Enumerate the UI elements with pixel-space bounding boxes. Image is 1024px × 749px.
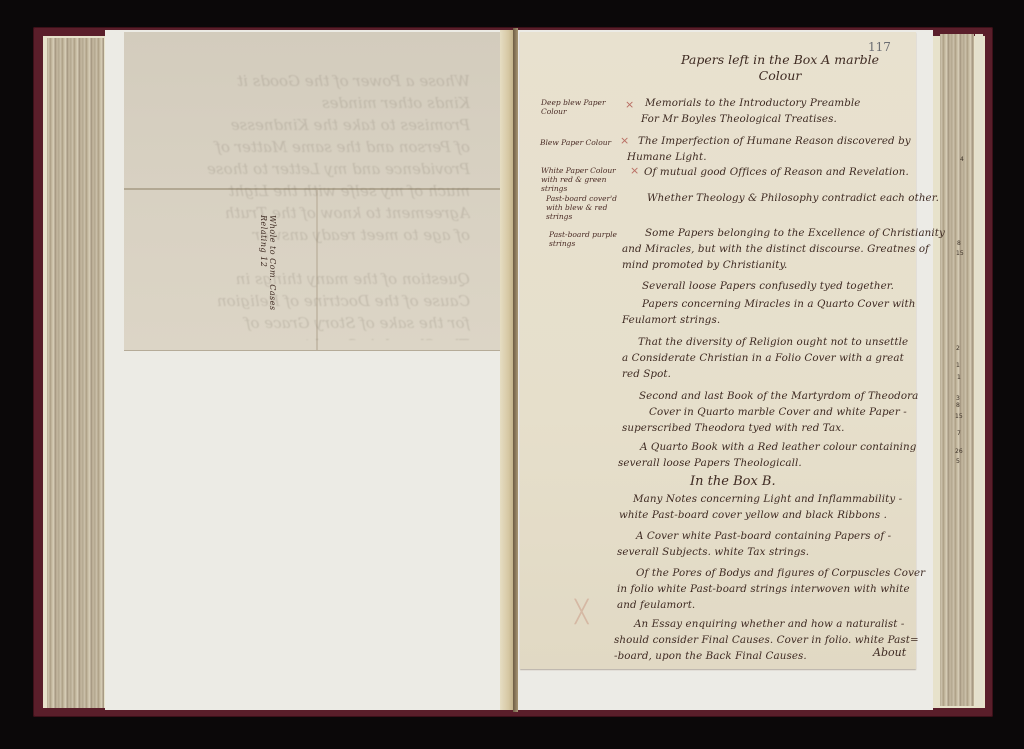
edge-mark: 15 xyxy=(956,250,964,257)
catchword: About xyxy=(873,646,906,659)
entry-line: in folio white Past-board strings interw… xyxy=(617,582,910,598)
entry-line: severall loose Papers Theologicall. xyxy=(618,456,802,472)
edge-mark: 3 xyxy=(956,395,960,402)
entry-line: For Mr Boyles Theological Treatises. xyxy=(641,112,837,128)
entry-line: Severall loose Papers confusedly tyed to… xyxy=(642,279,894,295)
fore-edge-left xyxy=(47,38,104,708)
edge-mark: 2 xyxy=(956,345,960,352)
entry-line: Cover in Quarto marble Cover and white P… xyxy=(649,405,907,421)
entry-line: A Cover white Past-board containing Pape… xyxy=(636,529,891,545)
entry-line: red Spot. xyxy=(622,367,671,383)
faint-x-mark-icon: ╳ xyxy=(575,600,588,625)
entry-line: Humane Light. xyxy=(627,150,707,166)
entry-line: Whether Theology & Philosophy contradict… xyxy=(647,191,939,207)
gutter-stub xyxy=(500,30,514,710)
entry-line: Of mutual good Offices of Reason and Rev… xyxy=(644,165,909,181)
edge-mark: 8 xyxy=(956,402,960,409)
subheading-box-b: In the Box B. xyxy=(690,474,776,489)
x-mark-icon: × xyxy=(625,98,634,111)
entry-line: severall Subjects. white Tax strings. xyxy=(617,545,809,561)
entry-line: An Essay enquiring whether and how a nat… xyxy=(634,617,904,633)
entry-line: and feulamort. xyxy=(617,598,695,614)
margin-note: Blew Paper Colour xyxy=(540,138,630,147)
entry-line: white Past-board cover yellow and black … xyxy=(619,508,887,524)
edge-mark: 5 xyxy=(956,458,960,465)
fore-edge-right xyxy=(940,34,974,706)
edge-mark: 8 xyxy=(957,240,961,247)
entry-line: The Imperfection of Humane Reason discov… xyxy=(638,134,911,150)
edge-mark: 15 xyxy=(955,413,963,420)
entry-line: Many Notes concerning Light and Inflamma… xyxy=(633,492,902,508)
x-mark-icon: × xyxy=(620,134,629,147)
x-mark-icon: × xyxy=(630,164,639,177)
margin-note: Deep blew Paper Colour xyxy=(541,98,619,116)
edge-mark: 26 xyxy=(955,448,963,455)
entry-line: Of the Pores of Bodys and figures of Cor… xyxy=(636,566,925,582)
margin-note: Past-board cover'd with blew & red strin… xyxy=(546,194,632,221)
margin-note: White Paper Colour with red & green stri… xyxy=(541,166,629,193)
entry-line: Some Papers belonging to the Excellence … xyxy=(645,226,945,242)
entry-line: A Quarto Book with a Red leather colour … xyxy=(640,440,916,456)
entry-line: Papers concerning Miracles in a Quarto C… xyxy=(642,297,916,313)
entry-line: Feulamort strings. xyxy=(622,313,720,329)
endpaper-strip-right xyxy=(975,34,983,706)
edge-mark: 1 xyxy=(957,374,961,381)
page-heading: Papers left in the Box A marble Colour xyxy=(660,52,900,84)
bleed-through-text: Whose a Power of the Goods it Kinds othe… xyxy=(150,70,470,340)
entry-line: Second and last Book of the Martyrdom of… xyxy=(639,389,918,405)
entry-line: -board, upon the Back Final Causes. xyxy=(614,649,807,665)
edge-mark: 4 xyxy=(960,156,964,163)
entry-line: a Considerate Christian in a Folio Cover… xyxy=(622,351,904,367)
vertical-docket-note: Whole to Com. Cases Relating 12 xyxy=(263,215,277,345)
margin-note: Past-board purple strings xyxy=(549,230,623,248)
entry-line: Memorials to the Introductory Preamble xyxy=(645,96,860,112)
entry-line: That the diversity of Religion ought not… xyxy=(638,335,908,351)
entry-line: mind promoted by Christianity. xyxy=(622,258,787,274)
edge-mark: 7 xyxy=(957,430,961,437)
entry-line: superscribed Theodora tyed with red Tax. xyxy=(622,421,845,437)
entry-line: and Miracles, but with the distinct disc… xyxy=(622,242,929,258)
edge-mark: 1 xyxy=(956,362,960,369)
